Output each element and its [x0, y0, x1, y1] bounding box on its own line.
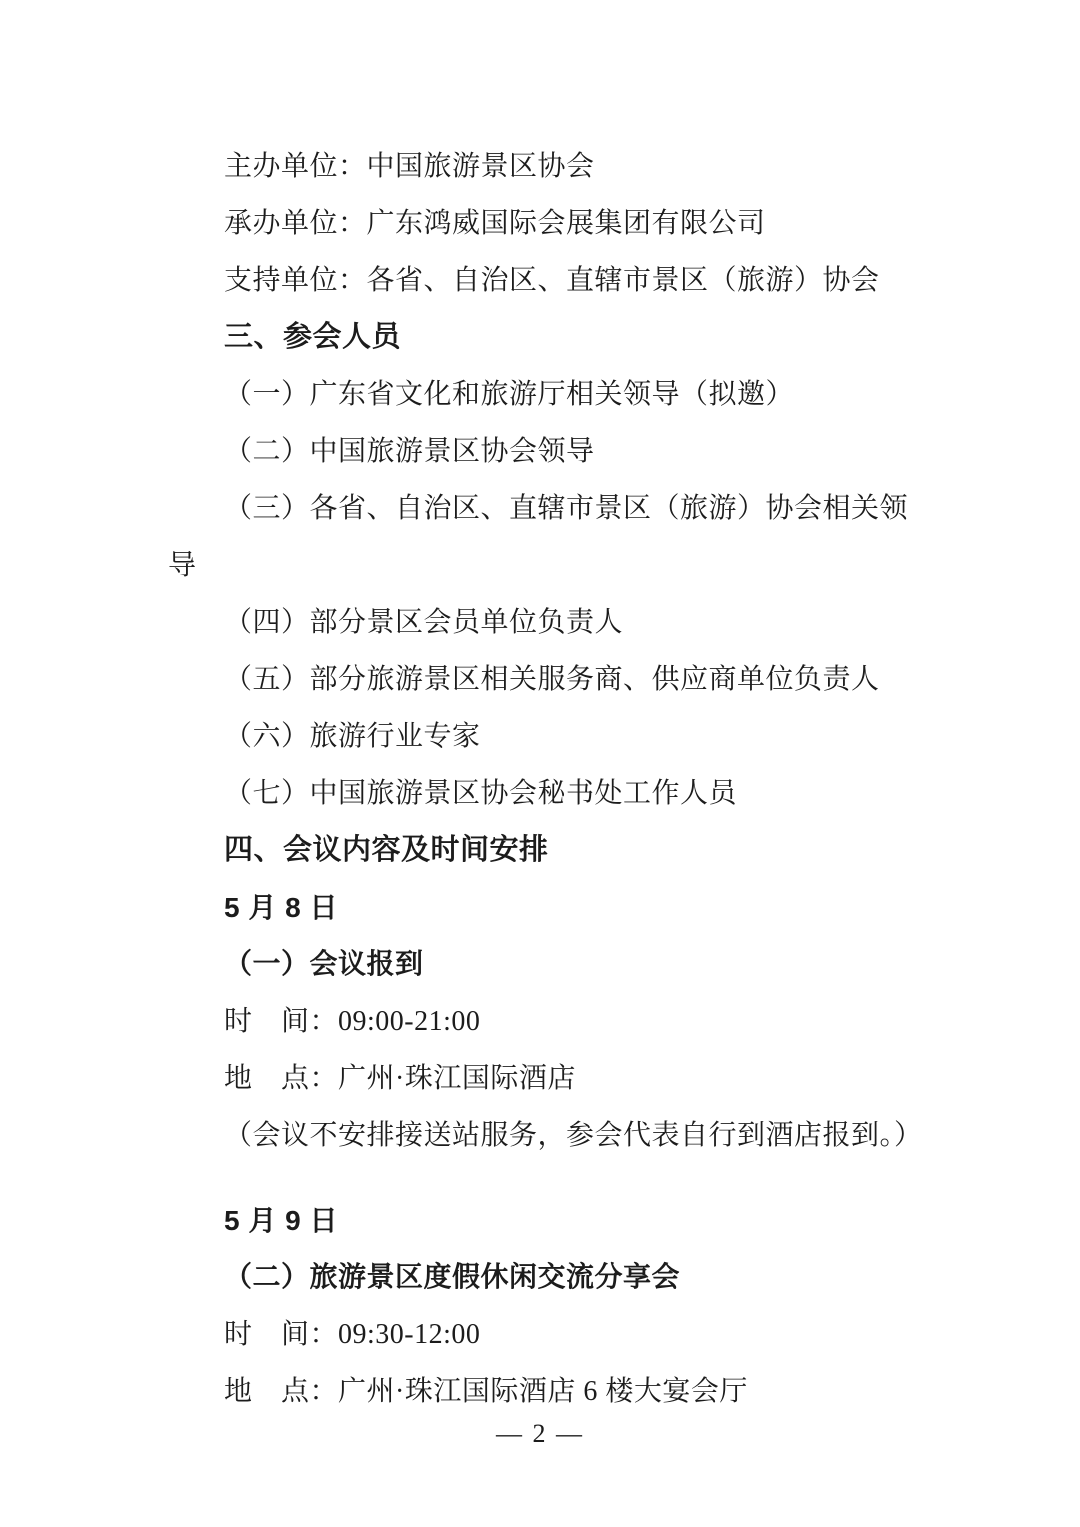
- attendee-item-6: （六）旅游行业专家: [168, 708, 912, 765]
- attendee-item-1: （一）广东省文化和旅游厅相关领导（拟邀）: [168, 366, 912, 423]
- date-may-9: 5 月 9 日: [168, 1192, 912, 1249]
- document-body: 主办单位：中国旅游景区协会 承办单位：广东鸿威国际会展集团有限公司 支持单位：各…: [0, 0, 1080, 1420]
- event-sharing-title: （二）旅游景区度假休闲交流分享会: [168, 1249, 912, 1306]
- line-organizer-unit: 承办单位：广东鸿威国际会展集团有限公司: [168, 195, 912, 252]
- sharing-place: 地 点：广州·珠江国际酒店 6 楼大宴会厅: [168, 1363, 912, 1420]
- line-support-unit: 支持单位：各省、自治区、直辖市景区（旅游）协会: [168, 252, 912, 309]
- document-page: 主办单位：中国旅游景区协会 承办单位：广东鸿威国际会展集团有限公司 支持单位：各…: [0, 0, 1080, 1527]
- date-may-8: 5 月 8 日: [168, 879, 912, 936]
- attendee-item-3-wrap: 导: [168, 537, 912, 594]
- line-host-unit: 主办单位：中国旅游景区协会: [168, 138, 912, 195]
- sharing-time: 时 间：09:30-12:00: [168, 1306, 912, 1363]
- checkin-time: 时 间：09:00-21:00: [168, 993, 912, 1050]
- attendee-item-3: （三）各省、自治区、直辖市景区（旅游）协会相关领: [168, 480, 912, 537]
- attendee-item-7: （七）中国旅游景区协会秘书处工作人员: [168, 765, 912, 822]
- attendee-item-5: （五）部分旅游景区相关服务商、供应商单位负责人: [168, 651, 912, 708]
- page-number: — 2 —: [0, 1419, 1080, 1449]
- heading-agenda: 四、会议内容及时间安排: [168, 822, 912, 879]
- attendee-item-2: （二）中国旅游景区协会领导: [168, 423, 912, 480]
- attendee-item-4: （四）部分景区会员单位负责人: [168, 594, 912, 651]
- checkin-place: 地 点：广州·珠江国际酒店: [168, 1050, 912, 1107]
- heading-attendees: 三、参会人员: [168, 309, 912, 366]
- event-checkin-title: （一）会议报到: [168, 936, 912, 993]
- checkin-note: （会议不安排接送站服务，参会代表自行到酒店报到。）: [168, 1107, 912, 1164]
